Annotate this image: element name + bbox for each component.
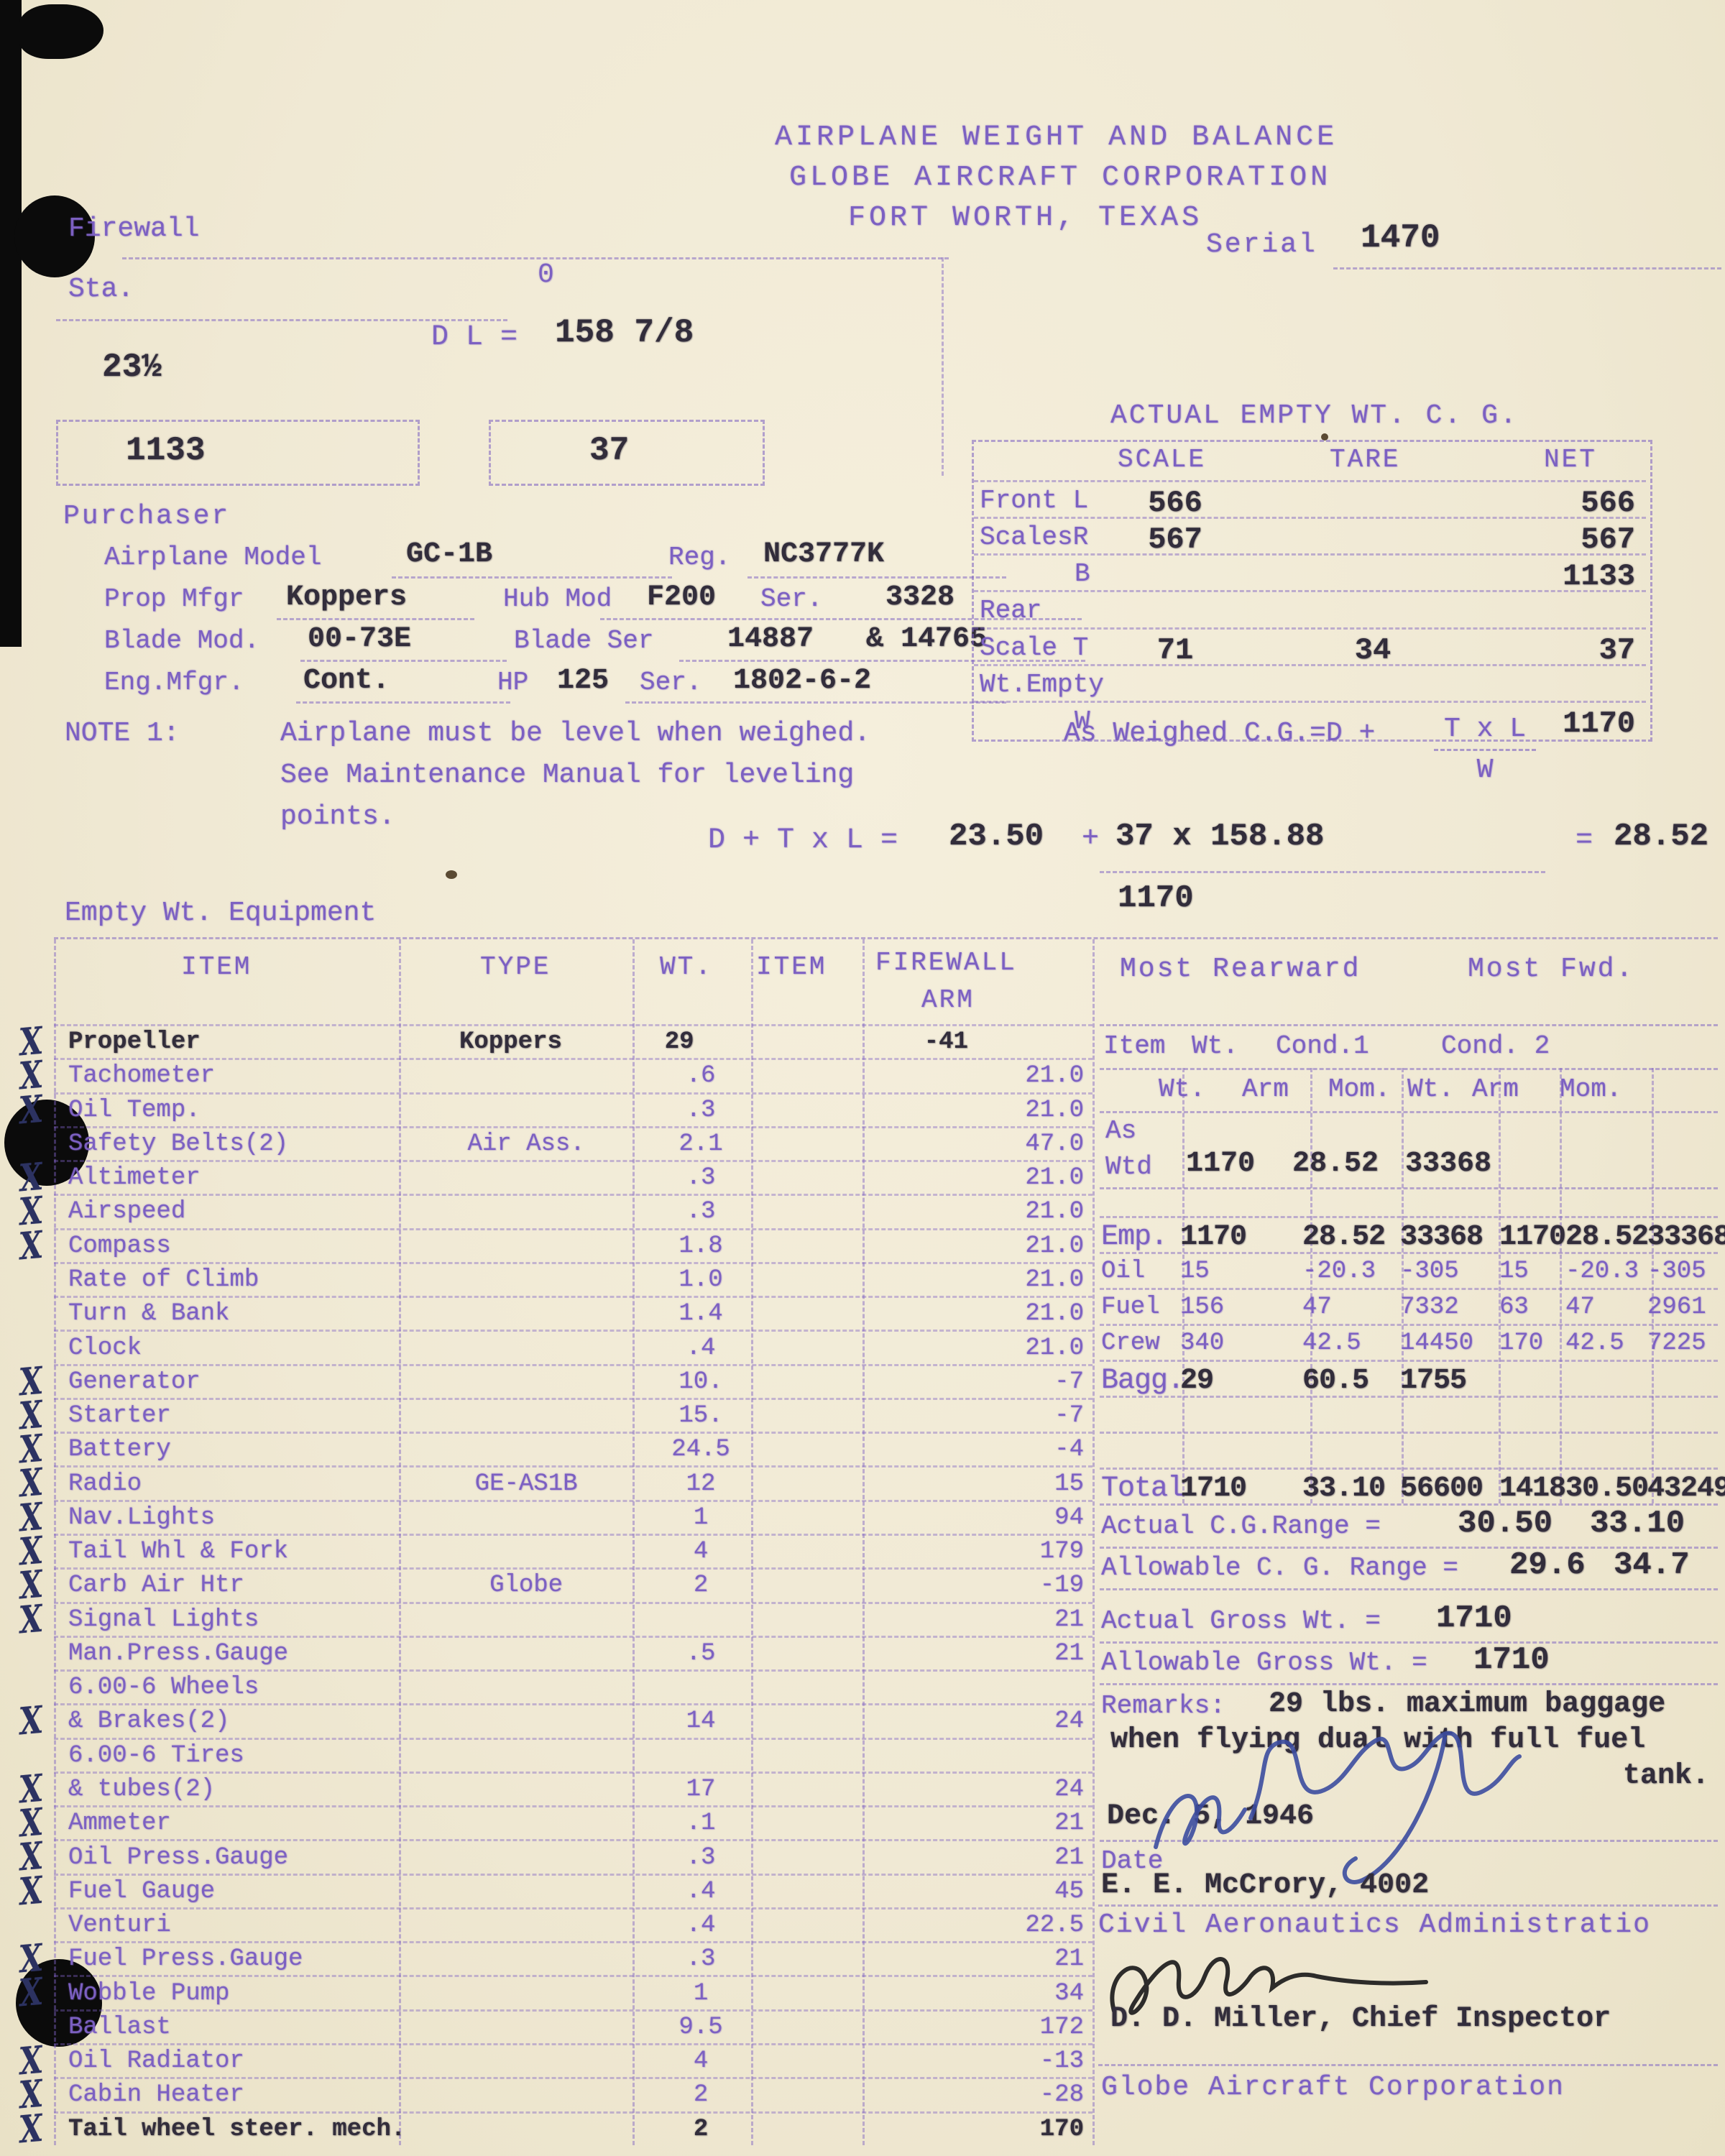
loading-cell: 1418	[1499, 1475, 1565, 1503]
equipment-cell: .3	[642, 1166, 760, 1190]
loading-cell: 1710	[1180, 1475, 1246, 1503]
panel-line	[1098, 1904, 1718, 1907]
equipment-cell: .6	[642, 1064, 760, 1088]
eng-mfgr-label: Eng.Mfgr.	[104, 670, 244, 696]
equipment-cell: 29	[622, 1030, 736, 1054]
actual-empty-cell: 1133	[1499, 561, 1635, 591]
equipment-row: XOil Press.Gauge.321	[54, 1839, 1092, 1873]
equipment-cell: 172	[870, 2015, 1092, 2040]
loading-cell: 42.5	[1565, 1331, 1624, 1355]
equipment-cell: 1.8	[642, 1234, 760, 1258]
equipment-cell: Airspeed	[54, 1199, 410, 1224]
equipment-row: XBattery24.5-4	[54, 1432, 1092, 1465]
equipment-cell: 6.00-6 Wheels	[54, 1675, 410, 1700]
miller-typed: D. D. Miller, Chief Inspector	[1110, 2005, 1611, 2034]
actual-empty-cell: 567	[1499, 525, 1635, 555]
equipment-cell: & Brakes(2)	[54, 1709, 410, 1733]
blade-mod-label: Blade Mod.	[104, 628, 259, 654]
box-left-value: 1133	[126, 434, 205, 467]
equipment-row: XTachometer.621.0	[54, 1058, 1092, 1092]
signature-mccrory	[1136, 1710, 1524, 1890]
actual-empty-cell: Rear	[980, 598, 1041, 624]
equipment-cell: 24	[870, 1777, 1092, 1802]
loading-cell: 156	[1180, 1295, 1224, 1319]
actual-empty-rows: Front L566566ScalesR567567B1133RearScale…	[974, 480, 1646, 737]
x-mark: X	[18, 1702, 45, 1741]
eng-ser-label: Ser.	[640, 670, 701, 696]
equipment-cell: 94	[870, 1506, 1092, 1530]
equipment-cell: Fuel Press.Gauge	[54, 1947, 410, 1971]
as-weighed-label: As Weighed C.G.=D +	[1064, 720, 1375, 747]
panel-line	[1098, 2064, 1718, 2066]
actual-empty-cell: Front L	[980, 488, 1088, 514]
equipment-cell: 34	[870, 1981, 1092, 2006]
equipment-cell: Oil Radiator	[54, 2049, 410, 2073]
as-wtd-wt: 1170	[1186, 1150, 1255, 1179]
equipment-cell: Air Ass.	[410, 1132, 642, 1156]
hdr-cond1: Cond.1	[1276, 1033, 1369, 1059]
equipment-cell: -13	[870, 2049, 1092, 2073]
equipment-cell: 179	[870, 1539, 1092, 1564]
reg-value: NC3777K	[763, 540, 884, 569]
sta-value: 0	[538, 262, 554, 289]
underline	[300, 660, 507, 662]
equipment-cell: 10.	[642, 1370, 760, 1394]
equipment-cell: Nav.Lights	[54, 1506, 410, 1530]
actual-empty-cell: B	[1075, 561, 1090, 587]
most-fwd-label: Most Fwd.	[1468, 956, 1634, 983]
hdr-cond2: Cond. 2	[1441, 1033, 1550, 1059]
form-title-line3: FORT WORTH, TEXAS	[848, 204, 1202, 233]
equipment-cell: 1.0	[642, 1268, 760, 1292]
mccrory-typed: E. E. McCrory, 4002	[1101, 1871, 1429, 1900]
actual-empty-cell: 37	[1499, 635, 1635, 665]
loading-cell: 1755	[1400, 1367, 1466, 1396]
loading-cell: 33368	[1400, 1223, 1483, 1252]
loading-cell: 340	[1180, 1331, 1224, 1355]
loading-row: Emp.117028.5233368117028.5233368	[1100, 1216, 1718, 1252]
equipment-cell: -7	[870, 1404, 1092, 1428]
loading-cell: 7225	[1647, 1331, 1706, 1355]
equipment-row: Clock.421.0	[54, 1330, 1092, 1363]
allow-gross-label: Allowable Gross Wt. =	[1101, 1650, 1427, 1676]
as-label: As	[1105, 1118, 1136, 1144]
equipment-cell: 24	[870, 1709, 1092, 1733]
fraction-bar	[1100, 871, 1545, 873]
col-item2: ITEM	[756, 954, 827, 980]
equipment-cell: 14	[642, 1709, 760, 1733]
equipment-cell: Oil Temp.	[54, 1098, 410, 1123]
equipment-cell: Koppers	[399, 1030, 622, 1054]
equipment-cell: 2.1	[642, 1132, 760, 1156]
serial-underline	[1333, 267, 1721, 269]
company-label: Globe Aircraft Corporation	[1101, 2074, 1565, 2101]
underline	[277, 618, 474, 620]
equipment-cell: Signal Lights	[54, 1608, 410, 1632]
col-item: ITEM	[181, 954, 252, 980]
equipment-cell: 21.0	[870, 1234, 1092, 1258]
underline	[625, 701, 1006, 704]
actual-empty-cell: 71	[1128, 635, 1222, 665]
sub-arm1: Arm	[1242, 1077, 1289, 1102]
equipment-row: XGenerator10.-7	[54, 1364, 1092, 1398]
equipment-cell: 21.0	[870, 1098, 1092, 1123]
equipment-cell: 21.0	[870, 1302, 1092, 1326]
serial-label: Serial	[1206, 231, 1317, 259]
actual-empty-title: ACTUAL EMPTY WT. C. G.	[1110, 402, 1519, 430]
frac-denominator: W	[1434, 751, 1536, 784]
actual-empty-row: Wt.Empty	[974, 664, 1646, 701]
underline	[747, 576, 1006, 579]
equipment-cell: 21.0	[870, 1166, 1092, 1190]
airplane-model-value: GC-1B	[406, 540, 492, 569]
table-top-line	[54, 937, 1718, 939]
hdr-item: Item	[1103, 1033, 1165, 1059]
loading-cell: 14450	[1400, 1331, 1473, 1355]
panel-line	[1100, 1187, 1718, 1189]
loading-row-label: Crew	[1101, 1331, 1160, 1355]
equipment-cell: Radio	[54, 1472, 410, 1496]
actual-empty-row: Scale T713437	[974, 627, 1646, 664]
most-rearward-label: Most Rearward	[1120, 956, 1361, 983]
equipment-cell: Man.Press.Gauge	[54, 1641, 410, 1666]
loading-row: Oil15-20.3-30515-20.3-305	[1100, 1252, 1718, 1288]
loading-cell: 2961	[1647, 1295, 1706, 1319]
equipment-cell: Tail Whl & Fork	[54, 1539, 410, 1564]
serial-value: 1470	[1361, 221, 1440, 254]
equipment-cell: Altimeter	[54, 1166, 410, 1190]
actual-empty-row: ScalesR567567	[974, 517, 1646, 553]
equipment-row: XOil Temp..321.0	[54, 1092, 1092, 1126]
equipment-row: XAmmeter.121	[54, 1805, 1092, 1839]
station-left-value: 23½	[102, 351, 162, 384]
equipment-cell: 1.4	[642, 1302, 760, 1326]
equipment-row: XFuel Press.Gauge.321	[54, 1941, 1092, 1975]
equipment-cell: 22.5	[870, 1913, 1092, 1938]
airplane-model-label: Airplane Model	[104, 545, 321, 571]
loading-cell: 170	[1499, 1331, 1543, 1355]
equipment-row: Rate of Climb1.021.0	[54, 1262, 1092, 1296]
underline	[296, 701, 510, 704]
equipment-cell: 21	[870, 1641, 1092, 1666]
equipment-cell: -19	[870, 1573, 1092, 1598]
equipment-cell: .4	[642, 1913, 760, 1938]
x-mark: X	[18, 2109, 45, 2149]
equipment-cell: 1	[642, 1506, 760, 1530]
equipment-cell: 1	[642, 1981, 760, 2006]
allow-cg-range-v1: 29.6	[1509, 1549, 1586, 1581]
loading-cell: -20.3	[1565, 1259, 1639, 1284]
equipment-cell: Battery	[54, 1437, 410, 1462]
x-mark: X	[18, 1226, 45, 1266]
equipment-cell: Venturi	[54, 1913, 410, 1938]
loading-rows: Emp.117028.5233368117028.5233368Oil15-20…	[1100, 1216, 1718, 1503]
sub-arm2: Arm	[1472, 1077, 1519, 1102]
equipment-cell: 15	[870, 1472, 1092, 1496]
eng-mfgr-value: Cont.	[303, 667, 390, 696]
actual-cg-range-v1: 30.50	[1458, 1508, 1552, 1539]
loading-row: Fuel15647733263472961	[1100, 1288, 1718, 1324]
hp-value: 125	[557, 667, 609, 696]
equipment-cell: 2	[642, 1573, 760, 1598]
loading-cell: 47	[1565, 1295, 1595, 1319]
equipment-row: Turn & Bank1.421.0	[54, 1296, 1092, 1330]
equipment-cell: 15.	[642, 1404, 760, 1428]
col-scale: SCALE	[1118, 447, 1206, 473]
equipment-cell: 21.0	[870, 1268, 1092, 1292]
equipment-cell: 17	[642, 1777, 760, 1802]
equipment-row: XAirspeed.321.0	[54, 1194, 1092, 1227]
col-arm: ARM	[921, 987, 975, 1013]
underline	[392, 576, 672, 579]
col-net: NET	[1544, 447, 1597, 473]
equipment-row: Ballast9.5172	[54, 2009, 1092, 2043]
loading-cell: 1170	[1499, 1223, 1565, 1252]
remarks-line3: tank.	[1623, 1762, 1709, 1791]
loading-cell: 43249	[1647, 1475, 1725, 1503]
equipment-cell: .3	[642, 1846, 760, 1870]
equipment-row: 6.00-6 Wheels	[54, 1669, 1092, 1703]
equipment-cell: 2	[642, 2117, 760, 2142]
equipment-row: XSignal Lights21	[54, 1602, 1092, 1636]
loading-cell: 28.52	[1565, 1223, 1648, 1252]
actual-empty-cell: 567	[1128, 525, 1222, 555]
panel-line	[1100, 1111, 1718, 1113]
formula-den: 1170	[1118, 883, 1194, 914]
equipment-cell: 170	[870, 2117, 1092, 2142]
x-mark: X	[18, 1090, 45, 1130]
equipment-cell: GE-AS1B	[410, 1472, 642, 1496]
equipment-cell: Rate of Climb	[54, 1268, 410, 1292]
sta-label: Sta.	[68, 276, 134, 303]
loading-cell: 1170	[1180, 1223, 1246, 1252]
col-wt: WT.	[660, 954, 713, 980]
panel-line	[1100, 1068, 1718, 1070]
equipment-cell: 21	[870, 1811, 1092, 1835]
as-weighed-fraction: T x LW	[1434, 716, 1536, 784]
hub-mod-value: F200	[647, 584, 716, 612]
equipment-rows: XPropellerKoppers29-41XTachometer.621.0X…	[54, 1024, 1092, 2145]
prop-mfgr-value: Koppers	[286, 584, 407, 612]
eng-ser-value: 1802-6-2	[733, 667, 871, 696]
equipment-cell: 47.0	[870, 1132, 1092, 1156]
dl-value: 158 7/8	[555, 316, 694, 349]
equipment-row: XOil Radiator4-13	[54, 2043, 1092, 2077]
equipment-cell: 21.0	[870, 1199, 1092, 1224]
actual-empty-row: Rear	[974, 590, 1646, 627]
corner-blob	[19, 4, 103, 59]
firewall-label: Firewall	[68, 216, 199, 243]
blade-ser-value: 14887	[727, 625, 814, 654]
equipment-row: XRadioGE-AS1B1215	[54, 1465, 1092, 1499]
equipment-row: 6.00-6 Tires	[54, 1738, 1092, 1772]
hub-ser-value: 3328	[885, 584, 954, 612]
formula-v1: 23.50	[949, 821, 1044, 852]
wtd-label: Wtd	[1105, 1154, 1152, 1180]
equipment-row: XCompass1.821.0	[54, 1228, 1092, 1262]
loading-cell: 7332	[1400, 1295, 1459, 1319]
paper-speck	[446, 870, 457, 879]
equipment-cell: .4	[642, 1879, 760, 1904]
formula-eq: =	[1575, 826, 1593, 855]
equipment-cell: .1	[642, 1811, 760, 1835]
blade-mod-value: 00-73E	[308, 625, 411, 654]
equipment-cell: 2	[642, 2083, 760, 2107]
prop-mfgr-label: Prop Mfgr	[104, 586, 244, 612]
loading-row-label: Emp.	[1101, 1223, 1167, 1252]
equipment-row: XPropellerKoppers29-41	[54, 1024, 1092, 1058]
box-right-value: 37	[589, 434, 629, 467]
scanned-weight-balance-form: AIRPLANE WEIGHT AND BALANCE GLOBE AIRCRA…	[0, 0, 1725, 2156]
actual-empty-row: B1133	[974, 553, 1646, 590]
equipment-row: Venturi.422.5	[54, 1907, 1092, 1941]
allow-gross-value: 1710	[1473, 1644, 1550, 1676]
note-line1: Airplane must be level when weighed.	[280, 720, 870, 747]
equipment-cell: 12	[642, 1472, 760, 1496]
formula-result: 28.52	[1614, 821, 1708, 852]
allow-cg-range-label: Allowable C. G. Range =	[1101, 1555, 1458, 1581]
loading-cell: 60.5	[1302, 1367, 1368, 1396]
equipment-cell: 24.5	[642, 1437, 760, 1462]
actual-empty-cell: ScalesR	[980, 525, 1088, 550]
actual-cg-range-label: Actual C.G.Range =	[1101, 1514, 1381, 1539]
actual-gross-label: Actual Gross Wt. =	[1101, 1608, 1381, 1634]
loading-row-label: Total	[1101, 1475, 1184, 1503]
loading-cell: 30.50	[1565, 1475, 1648, 1503]
equipment-cell: Ballast	[54, 2015, 410, 2040]
equipment-cell: Carb Air Htr	[54, 1573, 410, 1598]
actual-cg-range-v2: 33.10	[1590, 1508, 1685, 1539]
equipment-row: XNav.Lights194	[54, 1500, 1092, 1534]
equipment-cell: .3	[642, 1098, 760, 1123]
equipment-row: Man.Press.Gauge.521	[54, 1636, 1092, 1669]
equipment-cell: Clock	[54, 1336, 410, 1360]
loading-cell: -20.3	[1302, 1259, 1376, 1284]
equipment-row: X& Brakes(2)1424	[54, 1703, 1092, 1737]
caa-label: Civil Aeronautics Administratio	[1098, 1912, 1651, 1939]
loading-row: Crew34042.51445017042.57225	[1100, 1324, 1718, 1360]
sub-wt2: Wt.	[1407, 1077, 1454, 1102]
equipment-cell: Turn & Bank	[54, 1302, 410, 1326]
equipment-cell: & tubes(2)	[54, 1777, 410, 1802]
equipment-row: XCabin Heater2-28	[54, 2077, 1092, 2111]
equipment-cell: -41	[843, 1030, 1092, 1054]
equipment-cell: -28	[870, 2083, 1092, 2107]
equipment-cell: Safety Belts(2)	[54, 1132, 410, 1156]
sub-mom1: Mom.	[1328, 1077, 1390, 1102]
formula-sep: +	[1082, 825, 1099, 854]
equipment-cell: 21	[870, 1947, 1092, 1971]
equipment-row: XWobble Pump134	[54, 1975, 1092, 2009]
reg-label: Reg.	[668, 545, 730, 571]
blade-ser2-value: & 14765	[866, 625, 987, 654]
loading-row	[1100, 1396, 1718, 1432]
col-tare: TARE	[1330, 447, 1400, 473]
equipment-cell: 4	[642, 2049, 760, 2073]
col-type: TYPE	[480, 954, 551, 980]
equipment-cell: Globe	[410, 1573, 642, 1598]
scan-edge-strip	[0, 0, 22, 647]
equipment-cell: Tachometer	[54, 1064, 410, 1088]
hdr-wt: Wt.	[1192, 1033, 1238, 1059]
purchaser-label: Purchaser	[63, 503, 230, 530]
equipment-row: XTail wheel steer. mech.2170	[54, 2111, 1092, 2145]
form-title-line2: GLOBE AIRCRAFT CORPORATION	[789, 164, 1331, 193]
hp-label: HP	[497, 670, 528, 696]
equipment-cell: Starter	[54, 1404, 410, 1428]
formula-lead: D + T x L =	[708, 826, 898, 855]
equipment-cell: 21.0	[870, 1336, 1092, 1360]
loading-cell: 29	[1180, 1367, 1213, 1396]
equipment-cell: -4	[870, 1437, 1092, 1462]
panel-line	[1100, 1588, 1718, 1590]
loading-cell: 15	[1499, 1259, 1529, 1284]
loading-cell: 15	[1180, 1259, 1210, 1284]
panel-line	[1100, 1024, 1718, 1026]
equipment-row: Safety Belts(2)Air Ass.2.147.0	[54, 1126, 1092, 1160]
actual-empty-cell: Wt.Empty	[980, 672, 1104, 698]
loading-row-label: Bagg.	[1101, 1367, 1184, 1396]
panel-line	[1100, 1641, 1718, 1644]
frac-numerator: T x L	[1434, 716, 1536, 751]
equipment-row: XCarb Air HtrGlobe2-19	[54, 1567, 1092, 1601]
loading-cell: -305	[1647, 1259, 1706, 1284]
equipment-cell: Compass	[54, 1234, 410, 1258]
sub-mom2: Mom.	[1560, 1077, 1621, 1102]
equipment-row: X& tubes(2)1724	[54, 1772, 1092, 1805]
equipment-cell: 6.00-6 Tires	[54, 1743, 410, 1768]
actual-empty-row: Front L566566	[974, 480, 1646, 517]
equipment-cell: .5	[642, 1641, 760, 1666]
equipment-cell: -7	[870, 1370, 1092, 1394]
equipment-cell: Wobble Pump	[54, 1981, 410, 2006]
equipment-cell: Fuel Gauge	[54, 1879, 410, 1904]
equipment-title: Empty Wt. Equipment	[65, 900, 376, 927]
blade-ser-label: Blade Ser	[514, 628, 653, 654]
loading-row	[1100, 1432, 1718, 1468]
actual-gross-value: 1710	[1436, 1603, 1512, 1634]
equipment-cell: 21	[870, 1846, 1092, 1870]
actual-empty-cell: Scale T	[980, 635, 1088, 661]
box-left	[56, 420, 420, 486]
equipment-cell: Oil Press.Gauge	[54, 1846, 410, 1870]
equipment-cell: 21.0	[870, 1064, 1092, 1088]
x-mark: X	[18, 1871, 45, 1911]
form-title-line1: AIRPLANE WEIGHT AND BALANCE	[775, 124, 1338, 152]
formula-v2: 37 x 158.88	[1115, 821, 1324, 852]
actual-empty-cell: 34	[1326, 635, 1420, 665]
table-border	[1092, 939, 1095, 2145]
equipment-cell: Cabin Heater	[54, 2083, 410, 2107]
as-wtd-arm: 28.52	[1292, 1150, 1379, 1179]
loading-cell: 63	[1499, 1295, 1529, 1319]
hub-ser-label: Ser.	[760, 586, 822, 612]
equipment-cell: 21	[870, 1608, 1092, 1632]
equipment-cell: .3	[642, 1199, 760, 1224]
dl-label: D L =	[431, 323, 517, 352]
loading-cell: 33.10	[1302, 1475, 1385, 1503]
equipment-cell: 9.5	[642, 2015, 760, 2040]
note-label: NOTE 1:	[65, 720, 180, 747]
equipment-cell: Ammeter	[54, 1811, 410, 1835]
as-wtd-mom: 33368	[1405, 1150, 1491, 1179]
equipment-row: XFuel Gauge.445	[54, 1874, 1092, 1907]
actual-empty-cell: 566	[1499, 488, 1635, 518]
equipment-cell: .3	[642, 1947, 760, 1971]
equipment-cell: Generator	[54, 1370, 410, 1394]
actual-empty-cell: 566	[1128, 488, 1222, 518]
loading-cell: -305	[1400, 1259, 1459, 1284]
